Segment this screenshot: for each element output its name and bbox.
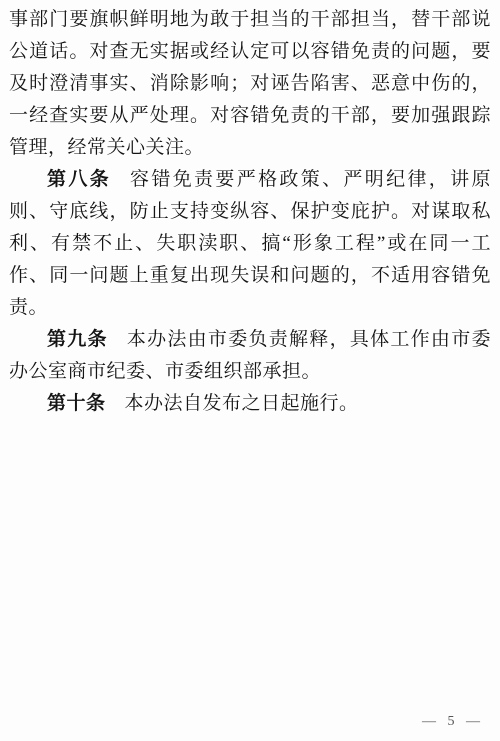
article-8-label: 第八条	[47, 169, 111, 190]
paragraph-continuation: 事部门要旗帜鲜明地为敢于担当的干部担当，替干部说公道话。对查无实据或经认定可以容…	[9, 4, 491, 164]
page-footer: — 5 —	[422, 712, 484, 730]
document-body: 事部门要旗帜鲜明地为敢于担当的干部担当，替干部说公道话。对查无实据或经认定可以容…	[9, 4, 491, 420]
paragraph-article-10: 第十条本办法自发布之日起施行。	[9, 388, 491, 420]
page-number: — 5 —	[422, 714, 484, 729]
paragraph-article-9: 第九条本办法由市委负责解释，具体工作由市委办公室商市纪委、市委组织部承担。	[9, 324, 491, 388]
article-10-label: 第十条	[47, 393, 106, 414]
article-9-label: 第九条	[47, 329, 108, 350]
document-page: 事部门要旗帜鲜明地为敢于担当的干部担当，替干部说公道话。对查无实据或经认定可以容…	[0, 0, 500, 741]
paragraph-article-8: 第八条容错免责要严格政策、严明纪律，讲原则、守底线，防止支持变纵容、保护变庇护。…	[9, 164, 491, 324]
paragraph-text: 事部门要旗帜鲜明地为敢于担当的干部担当，替干部说公道话。对查无实据或经认定可以容…	[9, 9, 491, 158]
paragraph-text: 容错免责要严格政策、严明纪律，讲原则、守底线，防止支持变纵容、保护变庇护。对谋取…	[9, 169, 491, 318]
paragraph-text: 本办法自发布之日起施行。	[125, 393, 359, 414]
